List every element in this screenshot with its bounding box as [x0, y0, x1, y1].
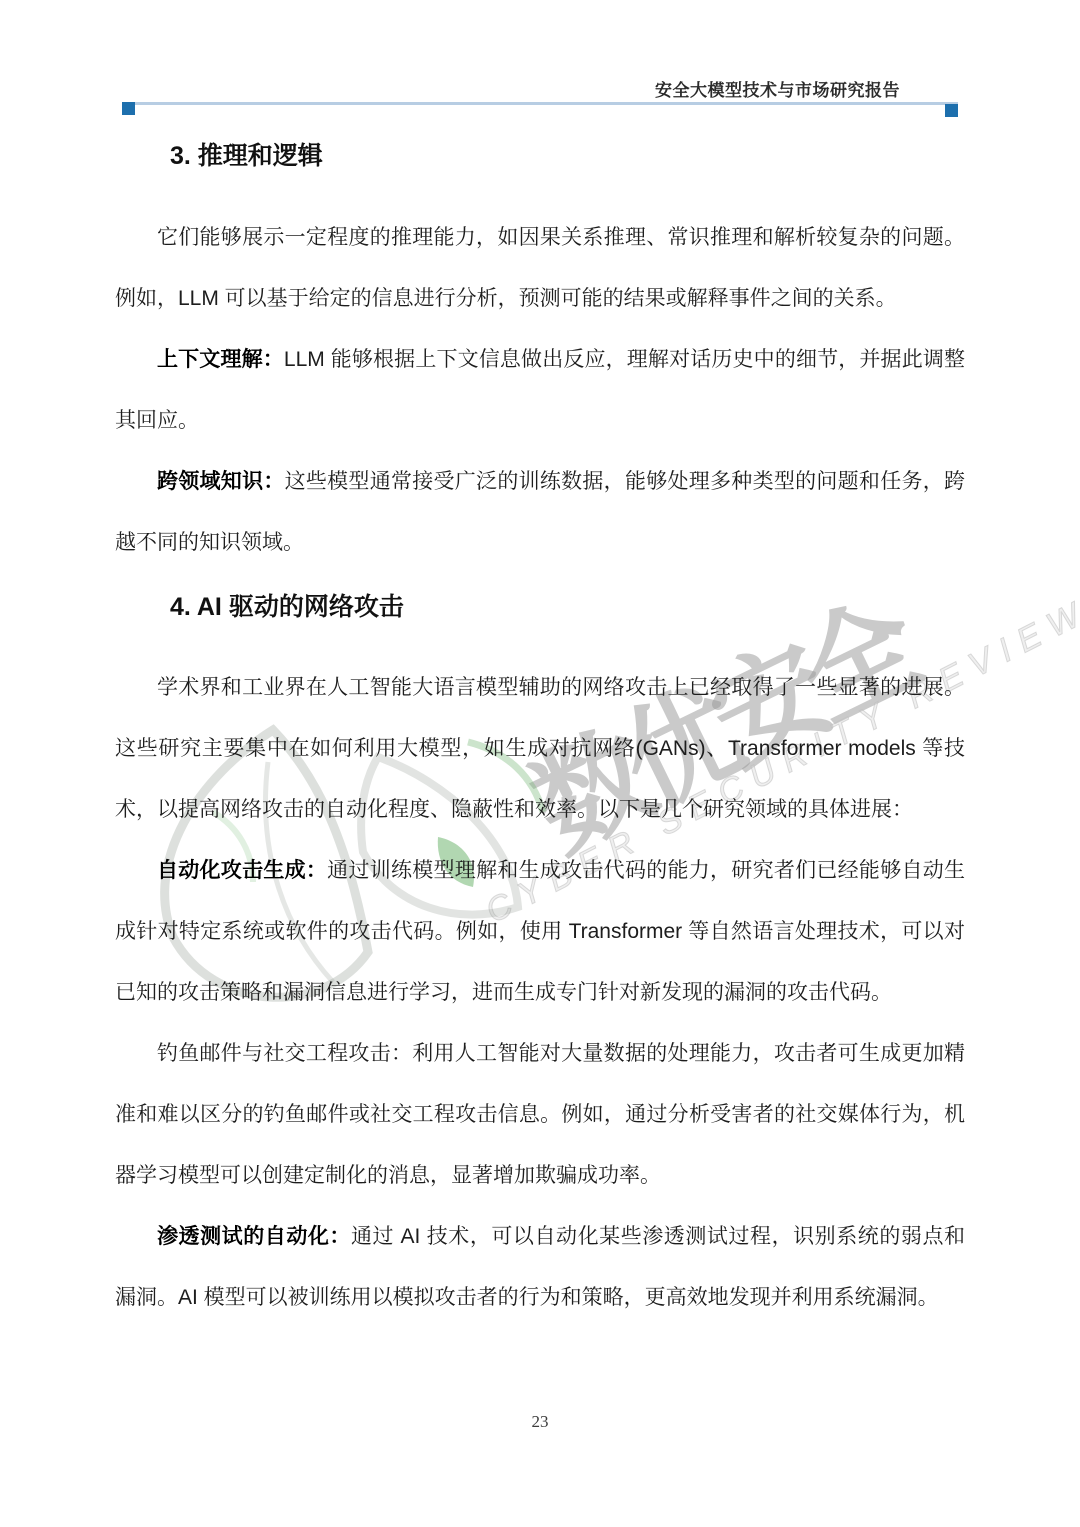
- paragraph-lead: 渗透测试的自动化：: [157, 1225, 351, 1248]
- main-content: 3. 推理和逻辑 它们能够展示一定程度的推理能力，如因果关系推理、常识推理和解析…: [115, 132, 965, 1328]
- section-heading-4: 4. AI 驱动的网络攻击: [170, 591, 965, 624]
- page-header-title: 安全大模型技术与市场研究报告: [655, 76, 900, 101]
- paragraph: 自动化攻击生成：通过训练模型理解和生成攻击代码的能力，研究者们已经能够自动生成针…: [115, 840, 965, 1023]
- header-rule: [122, 102, 958, 105]
- paragraph-lead: 钓鱼邮件与社交工程攻击：: [157, 1042, 412, 1065]
- paragraph: 学术界和工业界在人工智能大语言模型辅助的网络攻击上已经取得了一些显著的进展。这些…: [115, 657, 965, 840]
- header-rule-right-square: [945, 104, 958, 117]
- paragraph: 渗透测试的自动化：通过 AI 技术，可以自动化某些渗透测试过程，识别系统的弱点和…: [115, 1206, 965, 1328]
- paragraph-lead: 自动化攻击生成：: [157, 859, 327, 882]
- paragraph: 它们能够展示一定程度的推理能力，如因果关系推理、常识推理和解析较复杂的问题。例如…: [115, 207, 965, 329]
- paragraph-lead: 上下文理解：: [157, 348, 284, 371]
- paragraph-text: 它们能够展示一定程度的推理能力，如因果关系推理、常识推理和解析较复杂的问题。例如…: [115, 226, 965, 310]
- paragraph-text: 学术界和工业界在人工智能大语言模型辅助的网络攻击上已经取得了一些显著的进展。这些…: [115, 676, 965, 821]
- section-heading-3: 3. 推理和逻辑: [170, 140, 965, 173]
- paragraph-lead: 跨领域知识：: [157, 470, 285, 493]
- paragraph: 钓鱼邮件与社交工程攻击：利用人工智能对大量数据的处理能力，攻击者可生成更加精准和…: [115, 1023, 965, 1206]
- paragraph: 上下文理解：LLM 能够根据上下文信息做出反应，理解对话历史中的细节，并据此调整…: [115, 329, 965, 451]
- page-number: 23: [0, 1412, 1080, 1432]
- document-page: 数优安全 CYBER SECURITY REVIEW 安全大模型技术与市场研究报…: [0, 0, 1080, 1527]
- header-rule-left-square: [122, 102, 135, 115]
- paragraph: 跨领域知识：这些模型通常接受广泛的训练数据，能够处理多种类型的问题和任务，跨越不…: [115, 451, 965, 573]
